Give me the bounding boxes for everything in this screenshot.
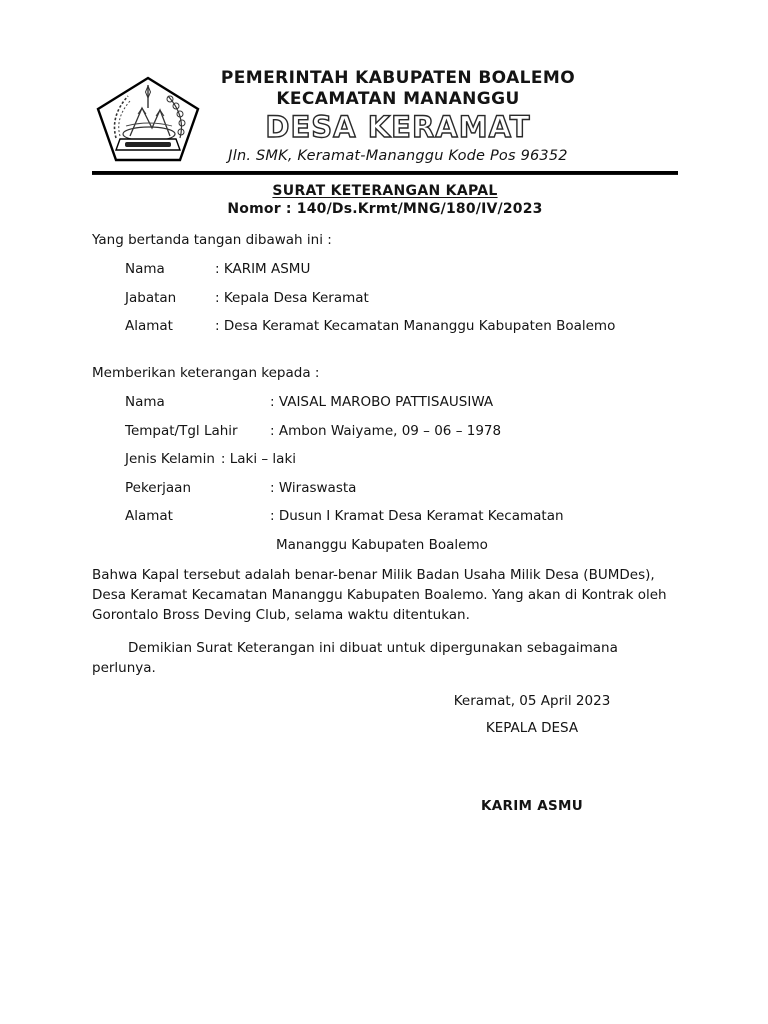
field-value: : Dusun I Kramat Desa Keramat Kecamatan: [270, 508, 564, 524]
letter-content: PEMERINTAH KABUPATEN BOALEMO KECAMATAN M…: [92, 68, 678, 814]
pentagon-seal-icon: [96, 76, 200, 162]
field-value: : Laki – laki: [221, 451, 296, 467]
signature-position: KEPALA DESA: [416, 720, 648, 736]
field-label: Alamat: [125, 508, 270, 524]
opening-line: Yang bertanda tangan dibawah ini :: [92, 232, 678, 248]
regency-seal-logo: [96, 76, 200, 162]
signer-details: Nama : KARIM ASMU Jabatan : Kepala Desa …: [125, 261, 678, 334]
letter-title: SURAT KETERANGAN KAPAL: [92, 183, 678, 199]
field-value: : KARIM ASMU: [215, 261, 310, 277]
closing-paragraph: Demikian Surat Keterangan ini dibuat unt…: [92, 638, 678, 678]
title-block: SURAT KETERANGAN KAPAL Nomor : 140/Ds.Kr…: [92, 183, 678, 217]
body-paragraph: Bahwa Kapal tersebut adalah benar-benar …: [92, 565, 678, 625]
signer-row-jabatan: Jabatan : Kepala Desa Keramat: [125, 290, 678, 306]
field-label: Tempat/Tgl Lahir: [125, 423, 270, 439]
field-value: : Ambon Waiyame, 09 – 06 – 1978: [270, 423, 501, 439]
field-label: Nama: [125, 394, 270, 410]
subject-row-pekerjaan: Pekerjaan : Wiraswasta: [125, 480, 678, 496]
subject-row-alamat: Alamat : Dusun I Kramat Desa Keramat Kec…: [125, 508, 678, 524]
field-label: Pekerjaan: [125, 480, 270, 496]
village-name: DESA KERAMAT: [118, 112, 678, 143]
field-value: : VAISAL MAROBO PATTISAUSIWA: [270, 394, 493, 410]
letterhead: PEMERINTAH KABUPATEN BOALEMO KECAMATAN M…: [92, 68, 678, 164]
signature-place-date: Keramat, 05 April 2023: [416, 693, 648, 709]
subject-row-ttl: Tempat/Tgl Lahir : Ambon Waiyame, 09 – 0…: [125, 423, 678, 439]
signature-block: Keramat, 05 April 2023 KEPALA DESA KARIM…: [416, 693, 648, 814]
field-label: Nama: [125, 261, 215, 277]
signature-name: KARIM ASMU: [416, 798, 648, 814]
subject-alamat-line2: Mananggu Kabupaten Boalemo: [125, 537, 678, 553]
field-label: Alamat: [125, 318, 215, 334]
signer-row-alamat: Alamat : Desa Keramat Kecamatan Mananggu…: [125, 318, 678, 334]
field-value: : Desa Keramat Kecamatan Mananggu Kabupa…: [215, 318, 615, 334]
government-line-1: PEMERINTAH KABUPATEN BOALEMO: [118, 68, 678, 89]
subject-row-nama: Nama : VAISAL MAROBO PATTISAUSIWA: [125, 394, 678, 410]
signer-row-nama: Nama : KARIM ASMU: [125, 261, 678, 277]
address-line: Jln. SMK, Keramat-Mananggu Kode Pos 9635…: [118, 148, 678, 164]
government-line-2: KECAMATAN MANANGGU: [118, 89, 678, 110]
letter-document-page: PEMERINTAH KABUPATEN BOALEMO KECAMATAN M…: [0, 0, 768, 1024]
field-label: Jenis Kelamin: [125, 451, 215, 467]
field-value: : Wiraswasta: [270, 480, 356, 496]
letterhead-divider: [92, 171, 678, 175]
subject-row-jenis-kelamin: Jenis Kelamin : Laki – laki: [125, 451, 678, 467]
subject-details: Nama : VAISAL MAROBO PATTISAUSIWA Tempat…: [125, 394, 678, 553]
statement-intro: Memberikan keterangan kepada :: [92, 365, 678, 381]
letter-number: Nomor : 140/Ds.Krmt/MNG/180/IV/2023: [92, 201, 678, 217]
field-value: : Kepala Desa Keramat: [215, 290, 369, 306]
field-label: Jabatan: [125, 290, 215, 306]
